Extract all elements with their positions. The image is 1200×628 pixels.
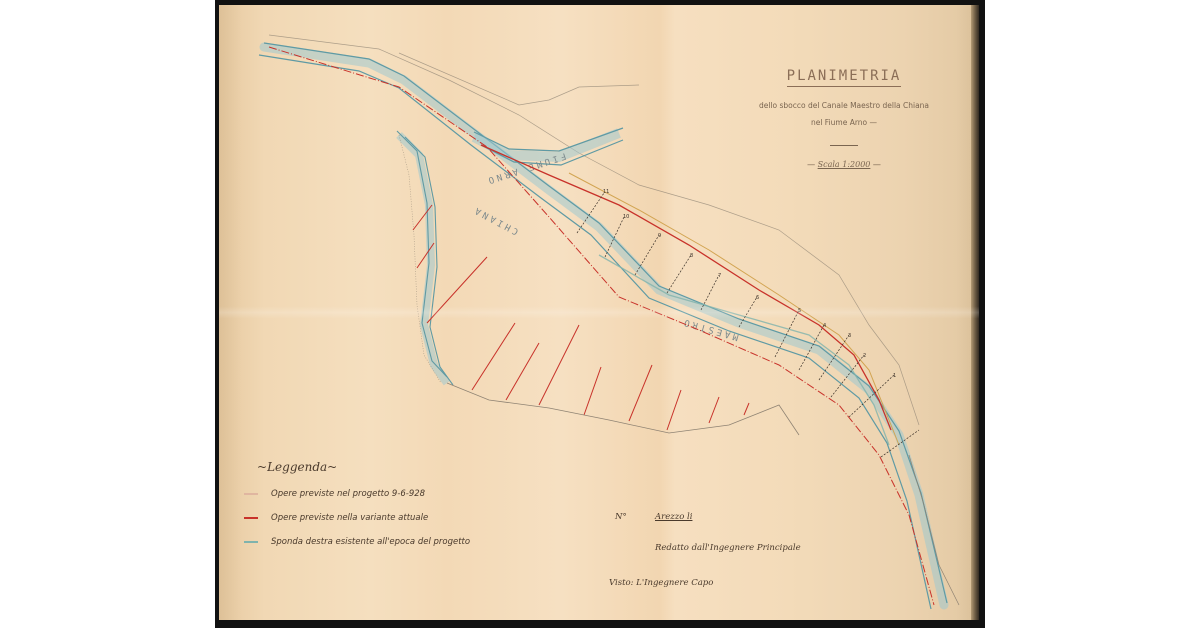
legend-title: ~Leggenda~ [257,460,470,474]
scan-frame: FIUME ARNO CHIANA MAESTRO [215,0,985,628]
svg-text:9: 9 [658,233,661,239]
svg-text:7: 7 [718,273,721,279]
legend: ~Leggenda~ Opere previste nel progetto 9… [239,460,470,554]
map-subtitle: dello sbocco del Canale Maestro della Ch… [724,101,964,110]
map-scale: — Scala 1:2000 — [724,160,964,169]
svg-text:11: 11 [603,189,609,195]
approved-by: Visto: L'Ingegnere Capo [609,578,713,588]
svg-text:5: 5 [798,308,801,314]
title-block: PLANIMETRIA dello sbocco del Canale Maes… [724,65,964,169]
svg-text:10: 10 [623,214,629,220]
svg-text:1: 1 [893,373,896,379]
svg-text:6: 6 [756,295,759,301]
legend-item-1928: Opere previste nel progetto 9-6-928 [239,482,470,506]
legend-item-right-bank: Sponda destra esistente all'epoca del pr… [239,530,470,554]
swatch-right-bank [244,541,258,543]
swatch-1928 [244,493,258,495]
fiume-arno-branch: FIUME ARNO [474,128,623,186]
legend-item-variant: Opere previste nella variante attuale [239,506,470,530]
map-subtitle-2: nel Fiume Arno — [724,118,964,127]
svg-text:4: 4 [823,323,826,329]
groynes [413,205,749,430]
swatch-variant [244,517,258,519]
map-title: PLANIMETRIA [787,68,902,87]
title-rule [830,145,858,146]
drafted-by: Redatto dall'Ingegnere Principale [655,543,801,553]
place-date: Arezzo li [655,512,692,522]
number-label: N° [615,512,627,522]
svg-text:2: 2 [863,353,866,359]
map-sheet: FIUME ARNO CHIANA MAESTRO [219,5,979,620]
svg-text:3: 3 [848,333,851,339]
label-chiana: CHIANA [471,204,520,237]
svg-text:8: 8 [690,253,693,259]
